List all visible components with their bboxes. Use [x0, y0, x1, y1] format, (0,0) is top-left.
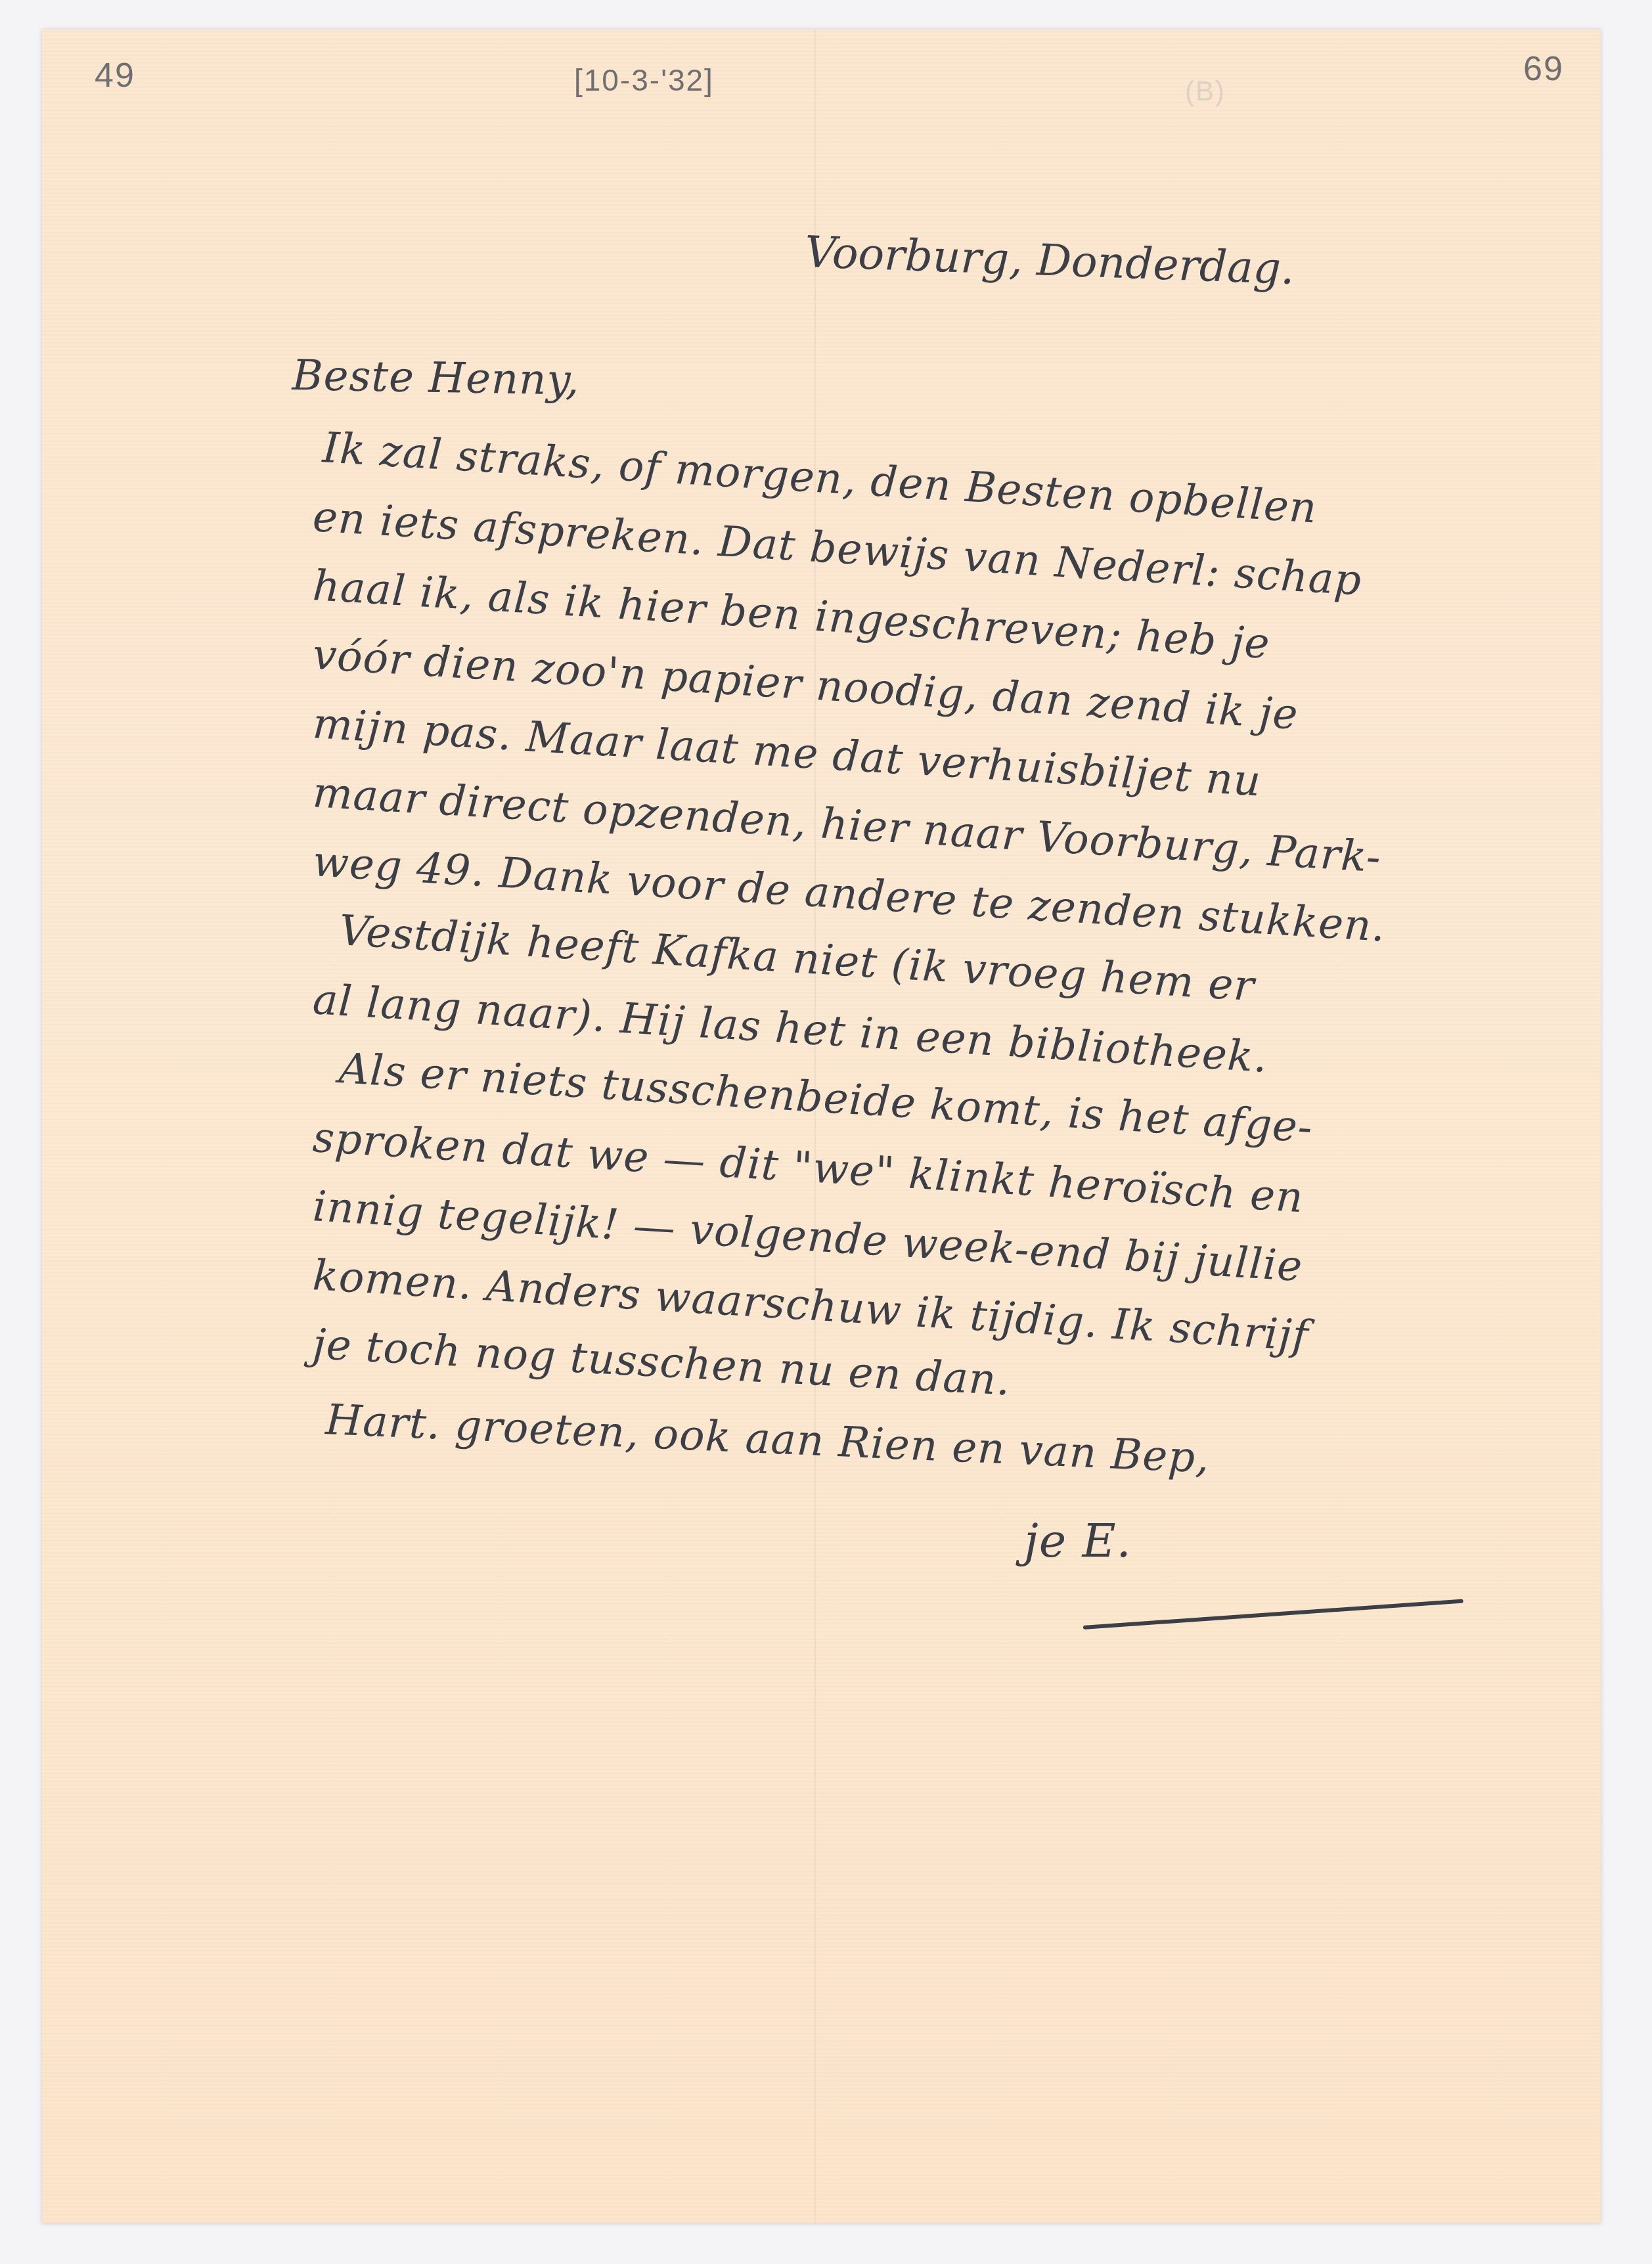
paper-fold-line — [815, 30, 816, 2223]
signature-underline — [1083, 1599, 1463, 1630]
letter-paper: 49 [10-3-'32] (B) 69 Voorburg, Donderdag… — [42, 30, 1601, 2223]
place-date-line: Voorburg, Donderdag. — [804, 227, 1295, 294]
signature: je E. — [1024, 1514, 1132, 1568]
archive-number-right: 69 — [1523, 49, 1564, 89]
erased-pencil-mark: (B) — [1185, 76, 1226, 107]
salutation: Beste Henny, — [292, 351, 580, 405]
archive-number-left: 49 — [95, 56, 135, 95]
closing-line: Hart. groeten, ook aan Rien en van Bep, — [324, 1396, 1211, 1483]
archive-date-annotation: [10-3-'32] — [574, 62, 714, 98]
